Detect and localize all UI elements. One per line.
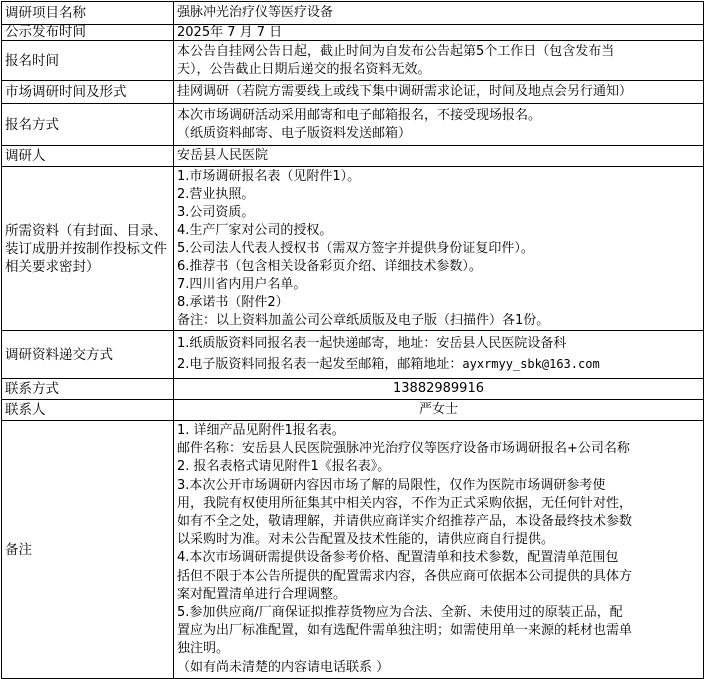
- label-contact-phone: 联系方式: [2, 379, 174, 400]
- required-material-item: 3.公司资质。: [177, 204, 700, 222]
- row-remarks: 备注 1. 详细产品见附件1报名表。 邮件名称：安岳县人民医院强脉冲光治疗仪等医…: [2, 421, 704, 679]
- value-project-name: 强脉冲光治疗仪等医疗设备: [174, 2, 704, 25]
- required-materials-note: 备注：以上资料加盖公司公章纸质版及电子版（扫描件）各1份。: [177, 312, 700, 330]
- label-registration-time: 报名时间: [2, 41, 174, 81]
- remark-contact-note: （如有尚未清楚的内容请电话联系 ）: [177, 659, 700, 677]
- required-material-item: 8.承诺书（附件2）: [177, 294, 700, 312]
- remark-line: 4.本次市场调研需提供设备参考价格、配置清单和技术参数，配置清单范围包: [177, 549, 700, 567]
- row-project-name: 调研项目名称 强脉冲光治疗仪等医疗设备: [2, 2, 704, 25]
- submission-method-line: 1.纸质版资料同报名表一起快递邮寄，地址：安岳县人民医院设备科: [177, 334, 700, 354]
- registration-time-line: 天），公告截止日期后递交的报名资料无效。: [177, 61, 700, 79]
- value-contact-phone: 13882989916: [174, 379, 704, 400]
- value-researcher: 安岳县人民医院: [174, 146, 704, 167]
- value-submission-method: 1.纸质版资料同报名表一起快递邮寄，地址：安岳县人民医院设备科 2.电子版资料同…: [174, 331, 704, 379]
- submission-email-prefix: 2.电子版资料同报名表一起发至邮箱，邮箱地址：: [177, 357, 462, 372]
- registration-time-line: 本公告自挂网公告日起，截止时间为自发布公告起第5个工作日（包含发布当: [177, 43, 700, 61]
- value-registration-method: 本次市场调研活动采用邮寄和电子邮箱报名，不接受现场报名。 （纸质资料邮寄、电子版…: [174, 104, 704, 146]
- submission-method-line: 2.电子版资料同报名表一起发至邮箱，邮箱地址：ayxrmyy_sbk@163.c…: [177, 354, 700, 375]
- required-material-item: 5.公司法人代表人授权书（需双方签字并提供身份证复印件）。: [177, 240, 700, 258]
- row-registration-method: 报名方式 本次市场调研活动采用邮寄和电子邮箱报名，不接受现场报名。 （纸质资料邮…: [2, 104, 704, 146]
- value-contact-person: 严女士: [174, 400, 704, 421]
- remark-line: 案对配置清单进行合理调整。: [177, 586, 700, 604]
- remark-line: 2. 报名表格式请见附件1《报名表》。: [177, 458, 700, 476]
- row-research-form: 市场调研时间及形式 挂网调研（若院方需要线上或线下集中调研需求论证，时间及地点会…: [2, 81, 704, 104]
- label-project-name: 调研项目名称: [2, 2, 174, 25]
- remark-line: 3.本次公开市场调研内容因市场了解的局限性，仅作为医院市场调研参考使: [177, 477, 700, 495]
- label-registration-method: 报名方式: [2, 104, 174, 146]
- remark-line: 如有不全之处，敬请理解，并请供应商详实介绍推荐产品，本设备最终技术参数: [177, 513, 700, 531]
- registration-method-line: （纸质资料邮寄、电子版资料发送邮箱）: [177, 125, 700, 143]
- required-material-item: 1.市场调研报名表（见附件1）。: [177, 168, 700, 186]
- remark-line: 独注明。: [177, 640, 700, 658]
- label-required-materials: 所需资料（有封面、目录、装订成册并按制作投标文件相关要求密封）: [2, 167, 174, 331]
- value-research-form: 挂网调研（若院方需要线上或线下集中调研需求论证，时间及地点会另行通知）: [174, 81, 704, 104]
- value-required-materials: 1.市场调研报名表（见附件1）。 2.营业执照。 3.公司资质。 4.生产厂家对…: [174, 167, 704, 331]
- value-registration-time: 本公告自挂网公告日起，截止时间为自发布公告起第5个工作日（包含发布当 天），公告…: [174, 41, 704, 81]
- registration-method-line: 本次市场调研活动采用邮寄和电子邮箱报名，不接受现场报名。: [177, 107, 700, 125]
- label-submission-method: 调研资料递交方式: [2, 331, 174, 379]
- required-material-item: 2.营业执照。: [177, 186, 700, 204]
- label-remarks: 备注: [2, 421, 174, 679]
- remark-line: 以采购时为准。对未公告配置及技术性能的，请供应商自行提供。: [177, 531, 700, 549]
- required-material-item: 7.四川省内用户名单。: [177, 276, 700, 294]
- value-publish-date: 2025年 7 月 7 日: [174, 25, 704, 41]
- research-form-text: 挂网调研（若院方需要线上或线下集中调研需求论证，时间及地点会另行通知）: [177, 83, 700, 101]
- label-contact-person: 联系人: [2, 400, 174, 421]
- remark-line: 1. 详细产品见附件1报名表。: [177, 422, 700, 440]
- remark-line: 邮件名称：安岳县人民医院强脉冲光治疗仪等医疗设备市场调研报名+公司名称: [177, 440, 700, 458]
- row-publish-date: 公示发布时间 2025年 7 月 7 日: [2, 25, 704, 41]
- remark-line: 5.参加供应商/厂商保证拟推荐货物应为合法、全新、未使用过的原装正品，配: [177, 604, 700, 622]
- row-contact-person: 联系人 严女士: [2, 400, 704, 421]
- row-submission-method: 调研资料递交方式 1.纸质版资料同报名表一起快递邮寄，地址：安岳县人民医院设备科…: [2, 331, 704, 379]
- label-researcher: 调研人: [2, 146, 174, 167]
- remark-line: 括但不限于本公告所提供的配置需求内容，各供应商可依据本公司提供的具体方: [177, 568, 700, 586]
- required-material-item: 4.生产厂家对公司的授权。: [177, 222, 700, 240]
- required-materials-label-text: 所需资料（有封面、目录、装订成册并按制作投标文件相关要求密封）: [5, 222, 170, 276]
- required-material-item: 6.推荐书（包含相关设备彩页介绍、详细技术参数）。: [177, 258, 700, 276]
- row-registration-time: 报名时间 本公告自挂网公告日起，截止时间为自发布公告起第5个工作日（包含发布当 …: [2, 41, 704, 81]
- row-researcher: 调研人 安岳县人民医院: [2, 146, 704, 167]
- label-research-form: 市场调研时间及形式: [2, 81, 174, 104]
- remark-line: 用，我院有权使用所征集其中相关内容，不作为正式采购依据，无任何针对性，: [177, 495, 700, 513]
- label-publish-date: 公示发布时间: [2, 25, 174, 41]
- row-contact-phone: 联系方式 13882989916: [2, 379, 704, 400]
- value-remarks: 1. 详细产品见附件1报名表。 邮件名称：安岳县人民医院强脉冲光治疗仪等医疗设备…: [174, 421, 704, 679]
- remark-line: 置应为出厂标准配置，如有选配件需单独注明；如需使用单一来源的耗材也需单: [177, 622, 700, 640]
- row-required-materials: 所需资料（有封面、目录、装订成册并按制作投标文件相关要求密封） 1.市场调研报名…: [2, 167, 704, 331]
- submission-email-address: ayxrmyy_sbk@163.com: [462, 357, 599, 371]
- research-notice-table: 调研项目名称 强脉冲光治疗仪等医疗设备 公示发布时间 2025年 7 月 7 日…: [1, 1, 704, 679]
